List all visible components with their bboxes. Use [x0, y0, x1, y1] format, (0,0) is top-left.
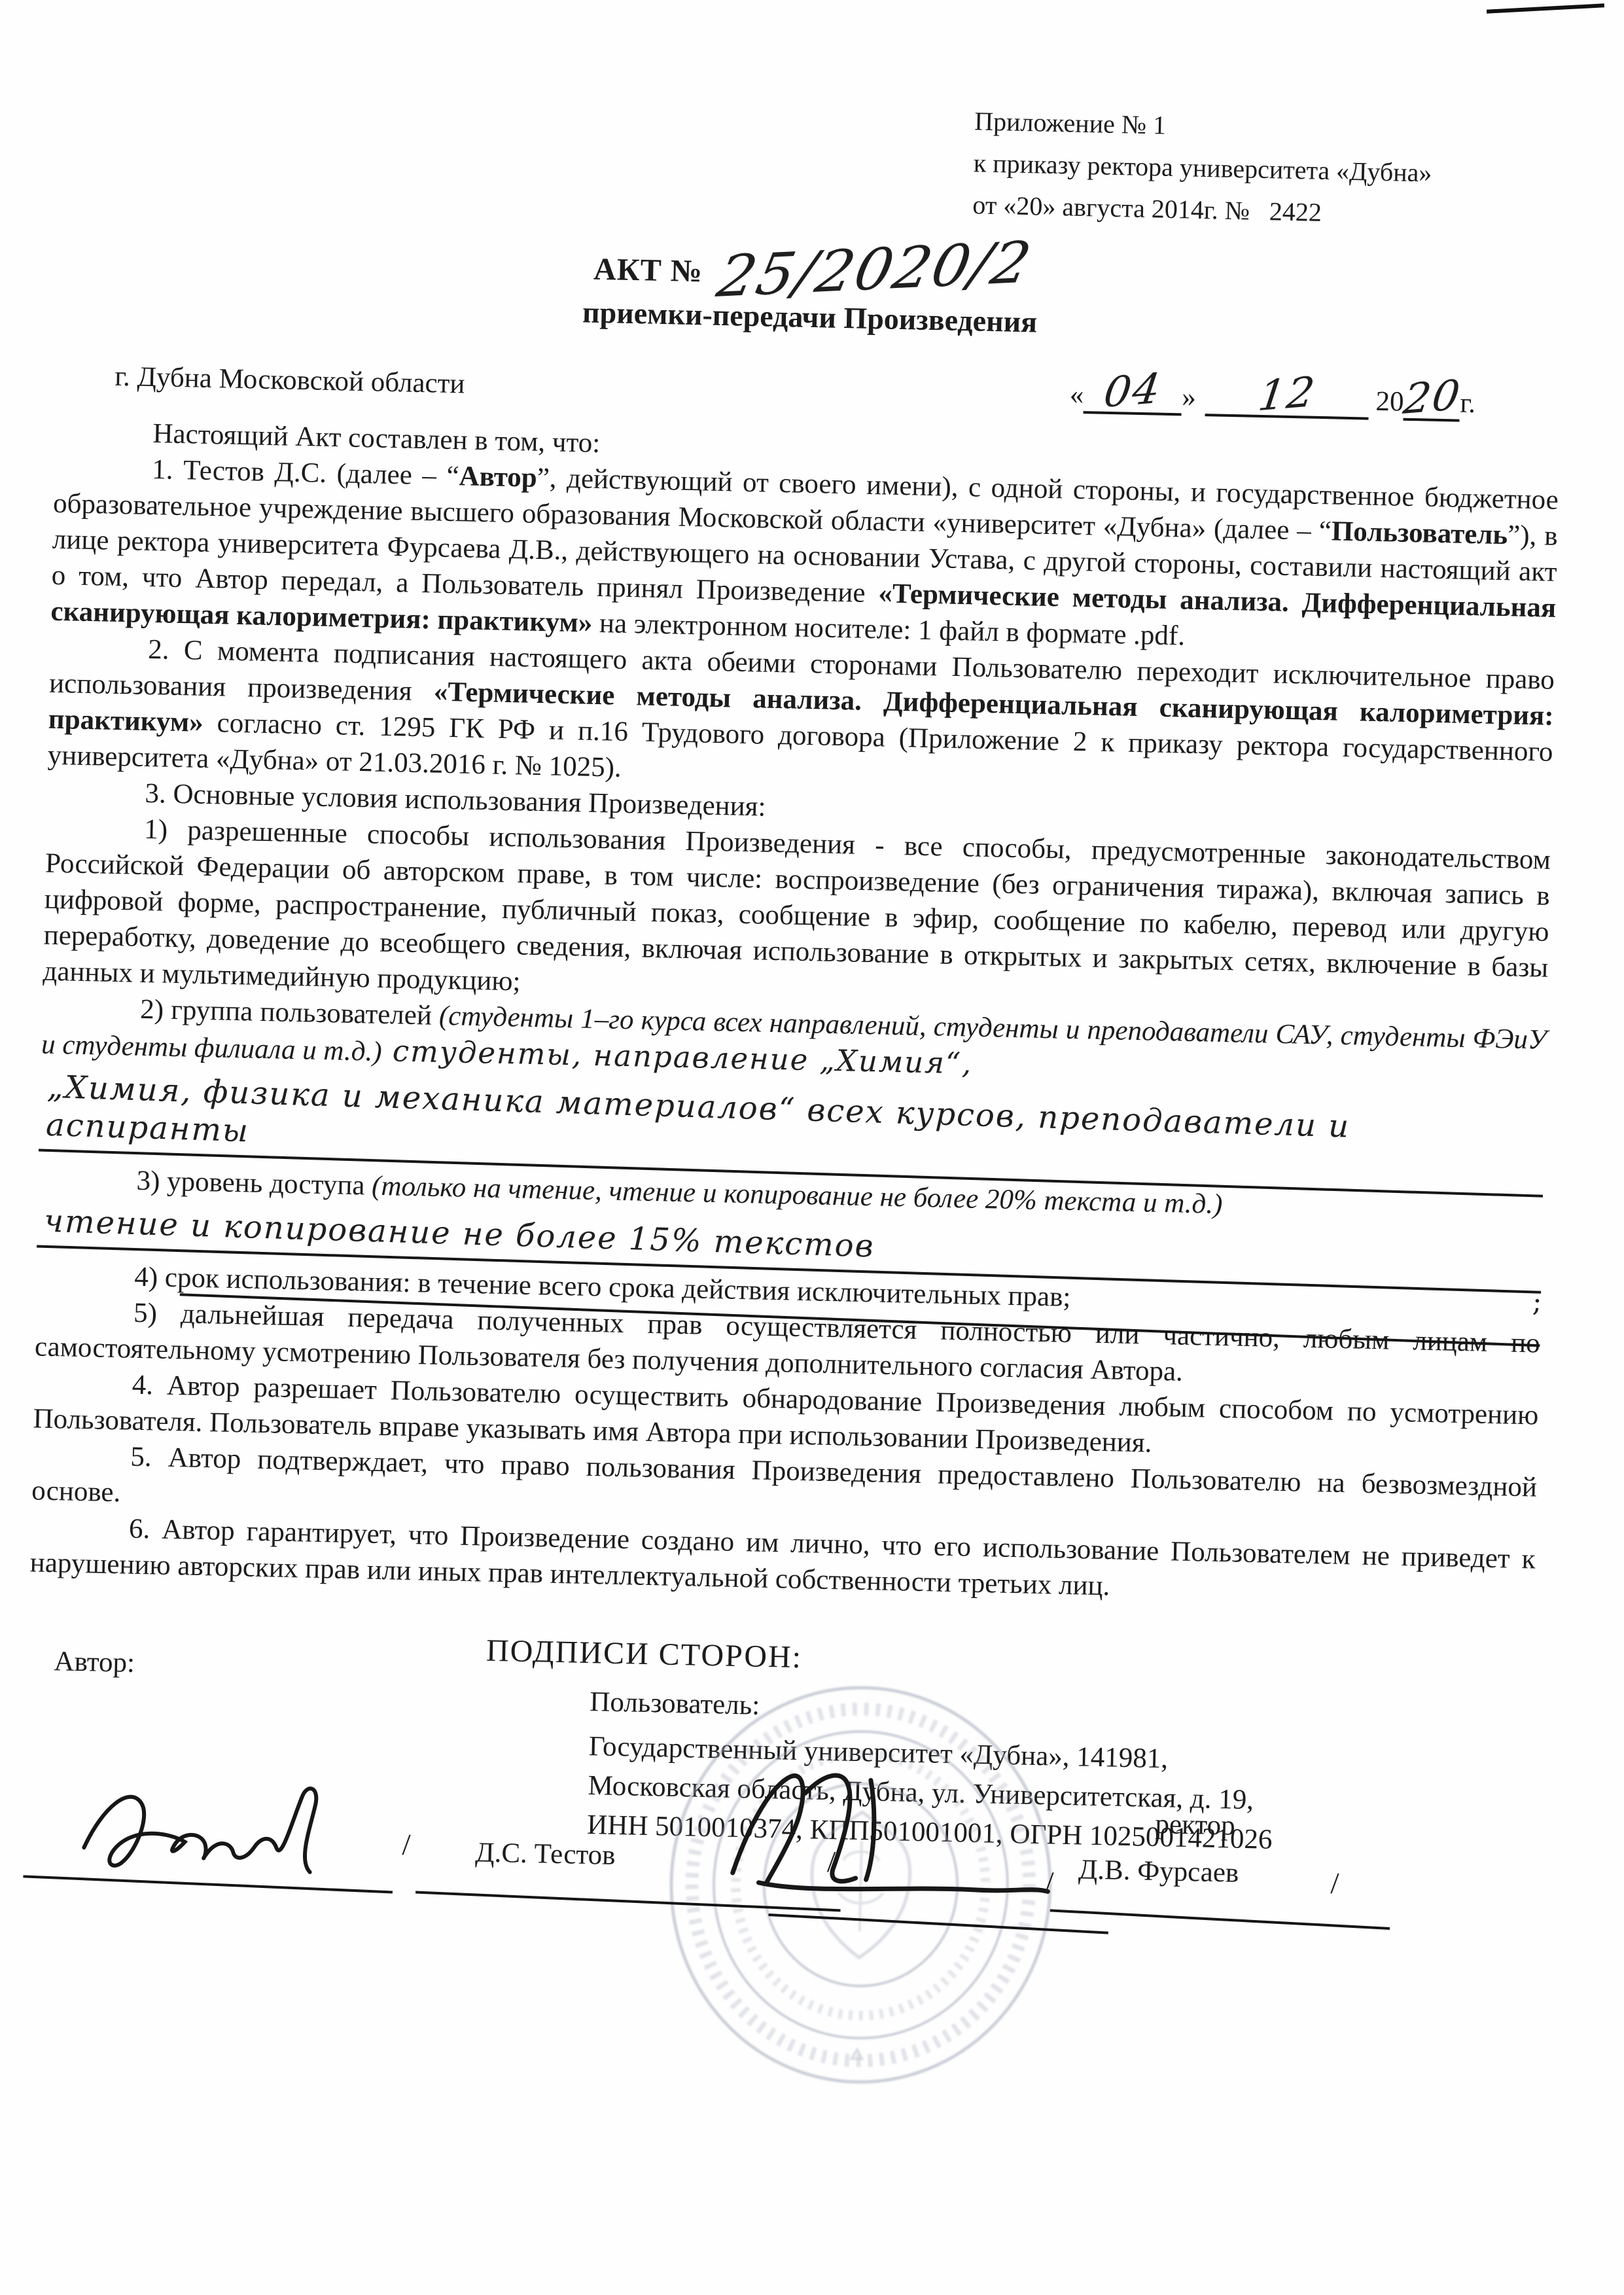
appendix-block: Приложение № 1 к приказу ректора универс… [972, 100, 1567, 239]
handwritten-month: 12 [1257, 380, 1317, 410]
slash-separator: / [827, 1844, 836, 1879]
slash-separator: / [1330, 1866, 1339, 1900]
paragraph-segment: Пользователь [1331, 516, 1508, 550]
scanned-document-page: Приложение № 1 к приказу ректора универс… [0, 0, 1624, 2295]
act-number-label: АКТ № [593, 252, 703, 289]
paragraph-segment: Автор [459, 461, 537, 493]
date-open-quote: « [1069, 380, 1084, 410]
date-close-quote: » [1182, 382, 1197, 412]
item-2-prefix: 2) группа пользователей [140, 994, 440, 1031]
year-suffix: г. [1460, 388, 1476, 419]
paragraph-segment: 1. Тестов Д.С. (далее – “ [152, 454, 459, 491]
rector-signature [703, 1752, 1080, 1910]
year-printed-prefix: 20 [1375, 386, 1404, 418]
rector-name: Д.В. Фурсаев [1078, 1853, 1239, 1889]
place-date-row: г. Дубна Московской области «04»12 2020г… [56, 355, 1561, 424]
place-line: г. Дубна Московской области [115, 361, 465, 400]
rector-name-line [1050, 1909, 1390, 1930]
item-3-prefix: 3) уровень доступа [136, 1165, 372, 1201]
author-name: Д.С. Тестов [475, 1836, 616, 1872]
date-line: «04»12 2020г. [1069, 377, 1475, 423]
slash-separator: / [1045, 1864, 1054, 1899]
scan-artifact-line [1487, 3, 1604, 13]
paragraph-1: 1. Тестов Д.С. (далее – “Автор”, действу… [50, 450, 1559, 662]
signatures-section: ПОДПИСИ СТОРОН: Автор: Пользователь: Гос… [20, 1622, 1534, 2048]
author-label: Автор: [54, 1645, 135, 1679]
handwritten-day: 04 [1103, 376, 1163, 406]
condition-item-1: 1) разрешенные способы использования Про… [43, 809, 1551, 1022]
handwritten-act-number: 25/2020/2 [715, 243, 1034, 296]
signatures-heading: ПОДПИСИ СТОРОН: [485, 1633, 802, 1676]
document-sheet: Приложение № 1 к приказу ректора универс… [20, 80, 1567, 2048]
rector-title: ректор [1155, 1808, 1235, 1842]
handwritten-year: 20 [1402, 382, 1462, 413]
slash-separator: / [402, 1827, 411, 1862]
author-signature [75, 1769, 359, 1889]
